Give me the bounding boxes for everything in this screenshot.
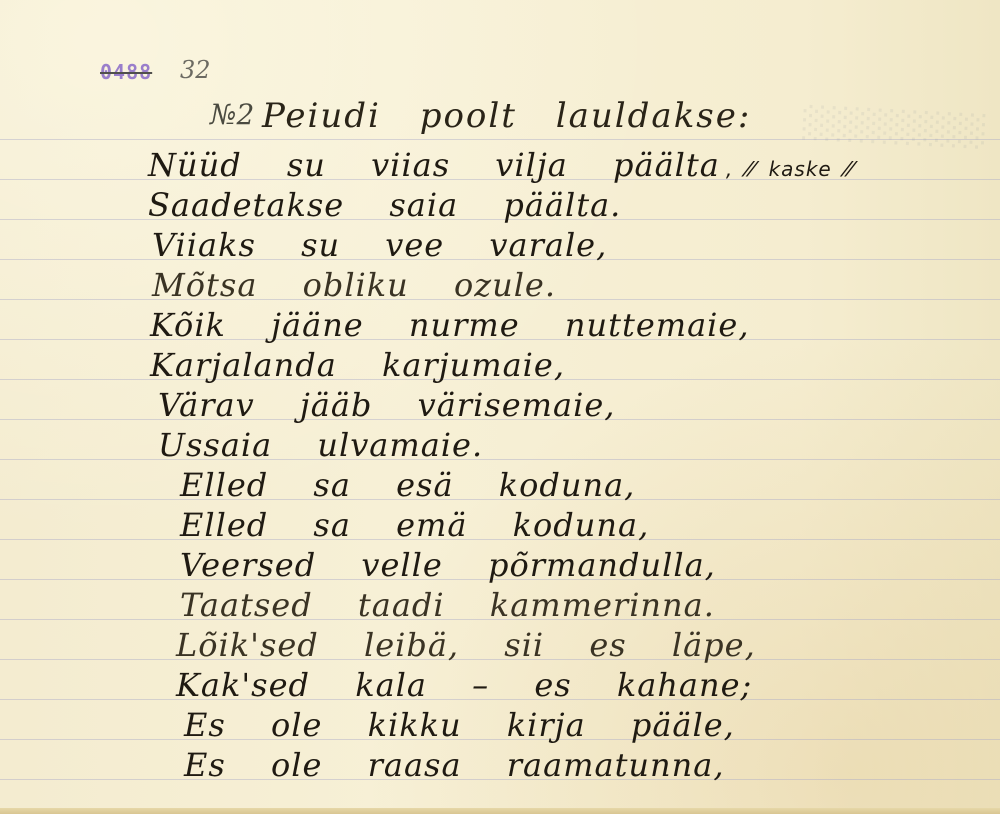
verse-line: Ussaia ulvamaie. <box>158 426 483 464</box>
verse-text: Kõik jääne nurme nuttemaie, <box>150 306 750 344</box>
verse-text: Nüüd su viias vilja päälta <box>148 146 720 184</box>
verse-line: Elled sa emä koduna, <box>180 506 649 544</box>
verse-line: Es ole raasa raamatunna, <box>184 746 725 784</box>
refrain-marker: , ⁄⁄ kaske ⁄⁄ <box>726 157 854 181</box>
archive-stamp: 0488 <box>100 60 152 84</box>
verse-line: Kõik jääne nurme nuttemaie, <box>150 306 750 344</box>
verse-line: Elled sa esä koduna, <box>180 466 635 504</box>
verse-text: Lõik'sed leibä, sii es läpe, <box>176 626 756 664</box>
verse-text: Veersed velle põrmandulla, <box>180 546 716 584</box>
verse-line: Saadetakse saia päälta. <box>148 186 621 224</box>
verse-line: Veersed velle põrmandulla, <box>180 546 716 584</box>
verse-line: Es ole kikku kirja pääle, <box>184 706 735 744</box>
verse-line: Kak'sed kala – es kahane; <box>176 666 752 704</box>
item-number: №2 <box>210 98 254 131</box>
verse-text: Mõtsa obliku ozule. <box>152 266 556 304</box>
verse-text: Viiaks su vee varale, <box>152 226 607 264</box>
verse-line: Mõtsa obliku ozule. <box>152 266 556 304</box>
verse-text: Taatsed taadi kammerinna. <box>180 586 715 624</box>
song-title: Peiudi poolt lauldakse: <box>262 96 751 136</box>
manuscript-page: ​░░░░░░░░ 0488 32 №2 Peiudi poolt laulda… <box>0 0 1000 814</box>
verse-text: Elled sa esä koduna, <box>180 466 635 504</box>
verse-line: Värav jääb värisemaie, <box>158 386 615 424</box>
verse-line: Viiaks su vee varale, <box>152 226 607 264</box>
page-number: 32 <box>180 56 211 84</box>
verse-text: Kak'sed kala – es kahane; <box>176 666 752 704</box>
verse-text: Es ole raasa raamatunna, <box>184 746 725 784</box>
paper-bottom-edge <box>0 808 1000 814</box>
ruling-line <box>0 459 1000 460</box>
verse-text: Ussaia ulvamaie. <box>158 426 483 464</box>
verse-line: Taatsed taadi kammerinna. <box>180 586 715 624</box>
verse-text: Elled sa emä koduna, <box>180 506 649 544</box>
reverse-side-bleed: ​░░░░░░░░ <box>799 105 985 150</box>
verse-line: Karjalanda karjumaie, <box>150 346 565 384</box>
verse-text: Värav jääb värisemaie, <box>158 386 615 424</box>
verse-text: Karjalanda karjumaie, <box>150 346 565 384</box>
verse-text: Es ole kikku kirja pääle, <box>184 706 735 744</box>
verse-line: Lõik'sed leibä, sii es läpe, <box>176 626 756 664</box>
verse-line: Nüüd su viias vilja päälta, ⁄⁄ kaske ⁄⁄ <box>148 146 854 184</box>
verse-text: Saadetakse saia päälta. <box>148 186 621 224</box>
